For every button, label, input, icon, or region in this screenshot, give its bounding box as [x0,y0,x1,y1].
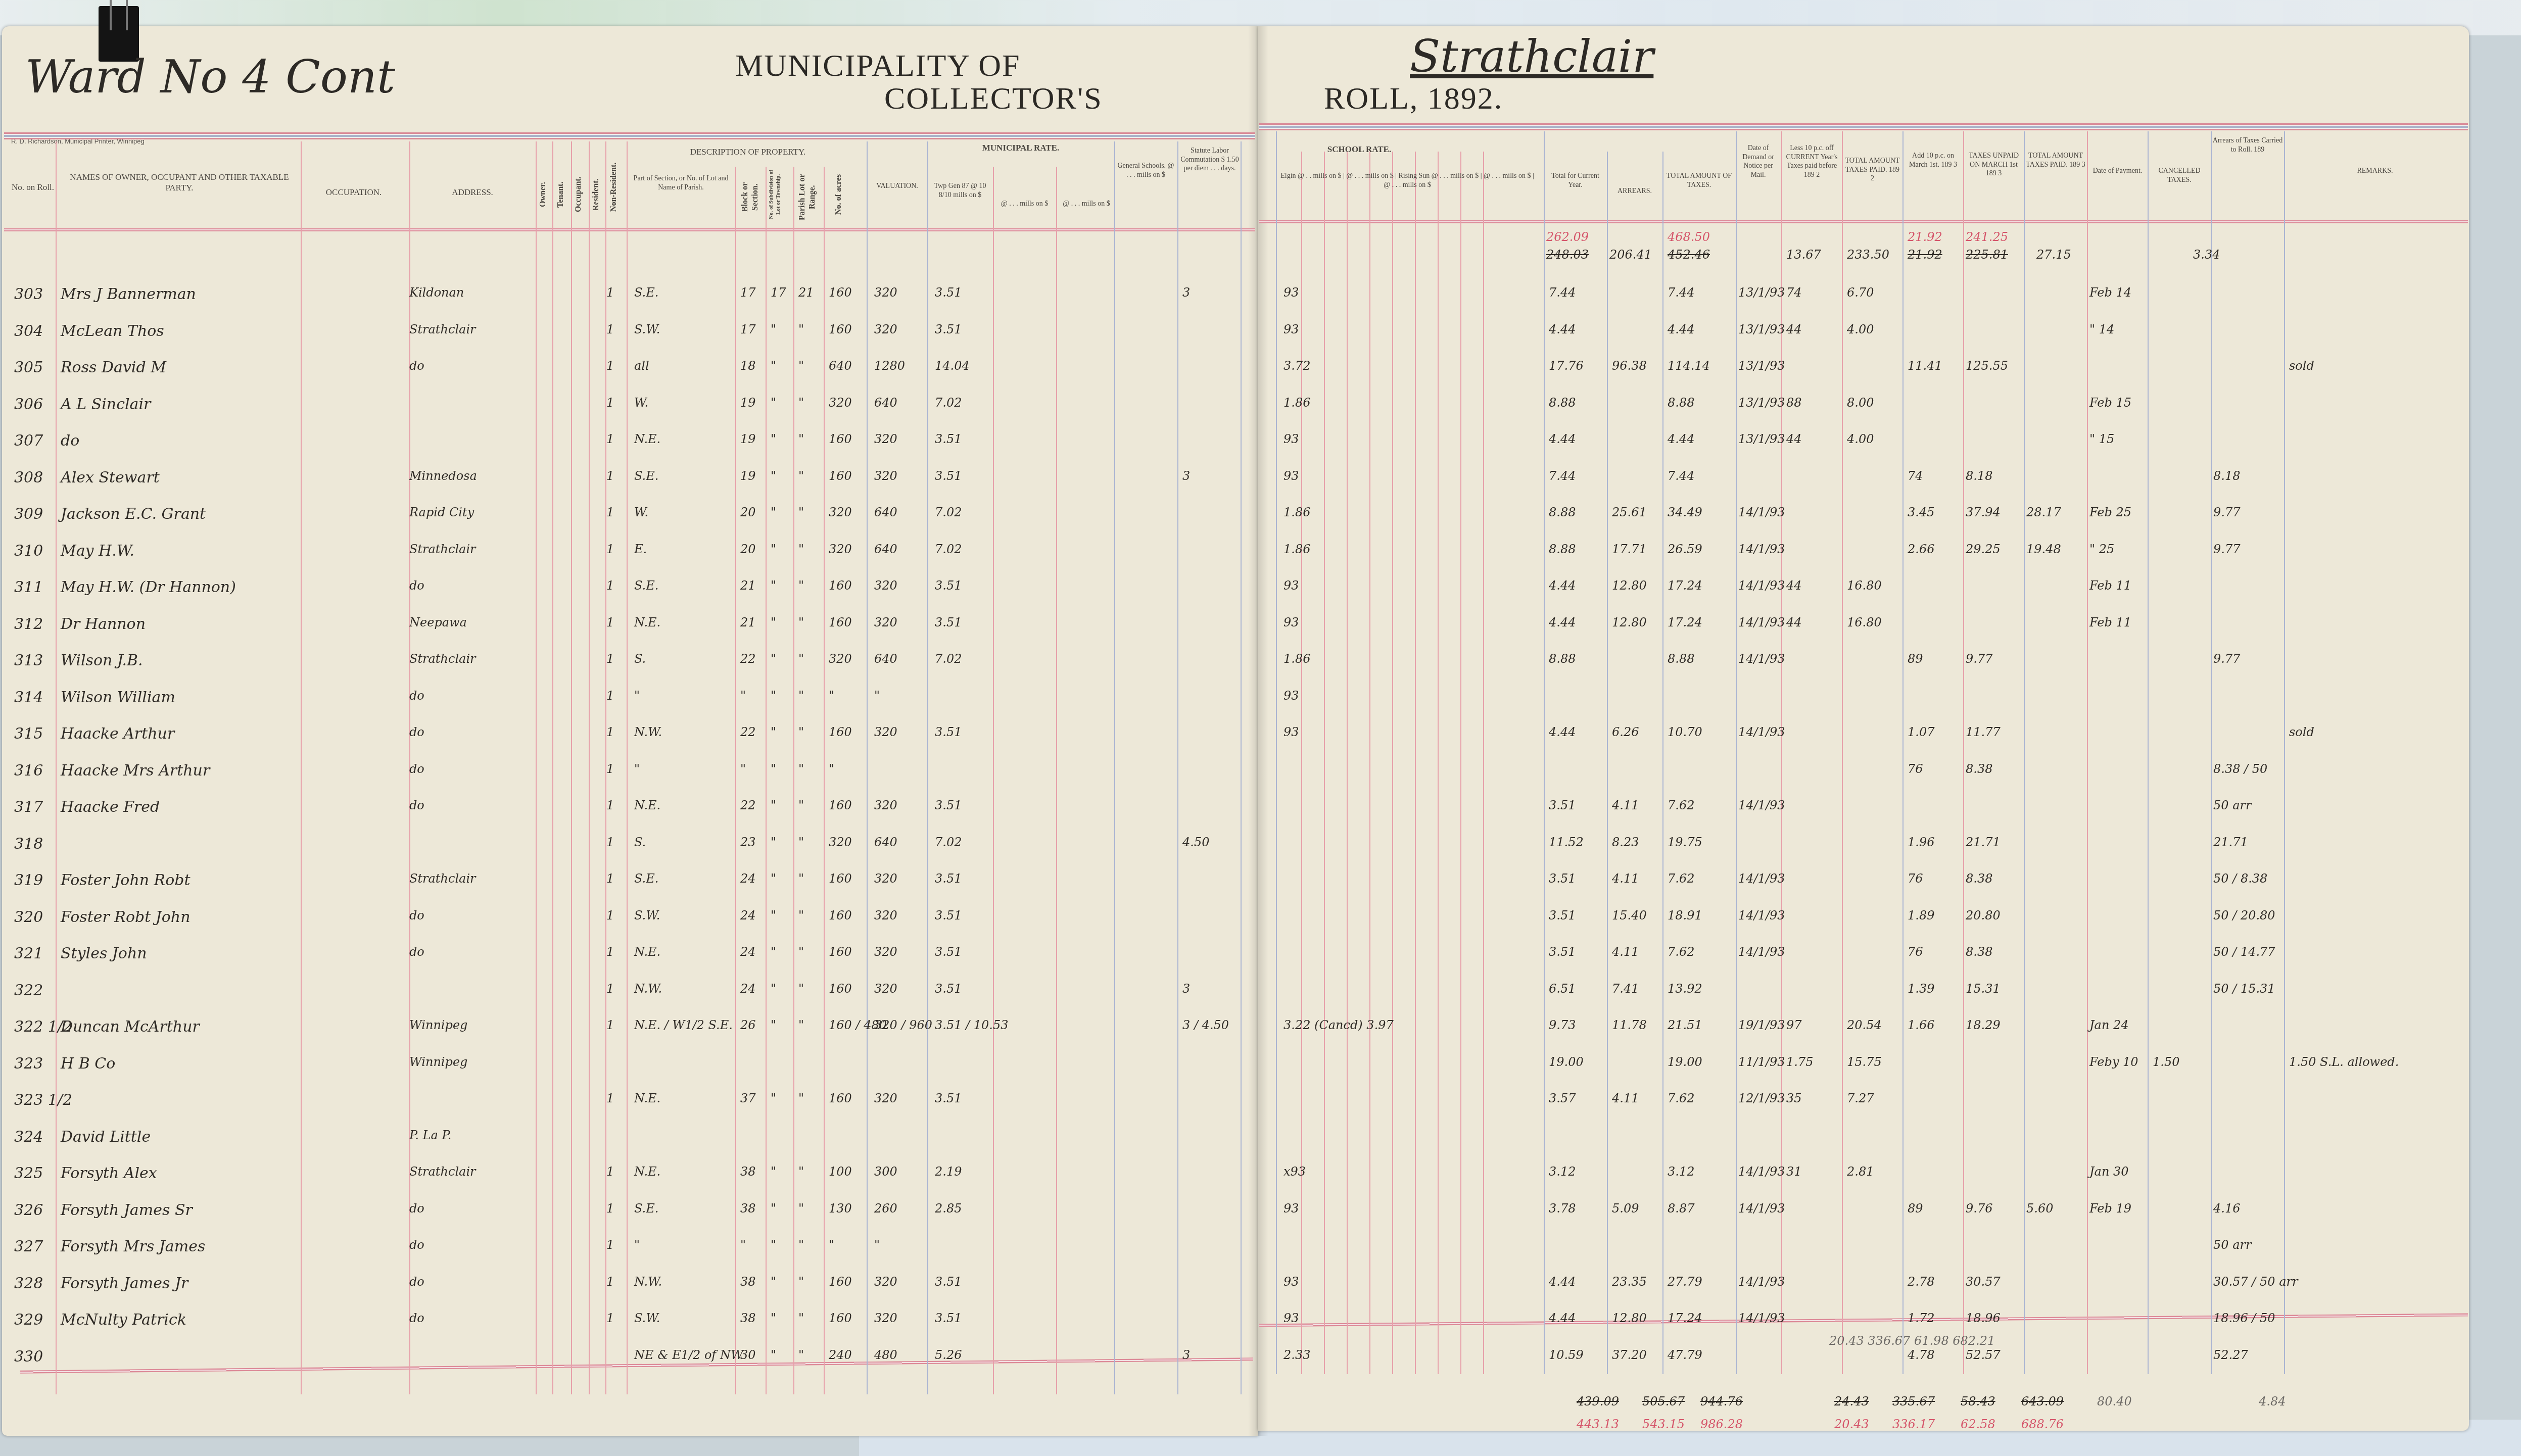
row-row-number: 326 [14,1201,43,1219]
row-total-current-year: 4.44 [1549,1311,1576,1325]
row-valuation: 320 [874,1275,897,1289]
row-address: do [409,762,424,776]
row-arrears: 15.40 [1612,908,1647,923]
row-arrears: 4.11 [1612,798,1639,812]
row-arrears: 11.78 [1612,1018,1647,1032]
row-date-of-payment: Feb 11 [2089,578,2131,593]
row-arrears: 25.61 [1612,505,1647,519]
row-part-of-section: S. [634,652,646,666]
row-acres: 640 [829,359,852,373]
row-arrears-carried: 50 / 14.77 [2213,945,2275,959]
row-date-of-demand: 14/1/93 [1738,578,1785,593]
row-acres: 160 [829,725,852,739]
row-taxes-paid: 8.00 [1847,396,1874,410]
row-taxes-paid: 4.00 [1847,322,1874,336]
row-section: " [740,1238,746,1252]
row-taxes-unpaid: 18.96 [1966,1311,2001,1325]
row-less-10pc: 44 [1786,578,1802,593]
row-date-of-payment: Feb 19 [2089,1201,2131,1216]
row-section: 17 [740,322,756,336]
row-section: 24 [740,982,756,996]
row-school-rate: 3.72 [1283,359,1310,373]
row-valuation: 320 [874,578,897,593]
col-header-occupant: Occupant. [574,167,584,222]
row-total-taxes: 26.59 [1668,542,1702,556]
row-total-current-year: 3.51 [1549,798,1576,812]
row-municipal-rate: 7.02 [935,652,962,666]
row-valuation: 300 [874,1164,897,1179]
row-township: " [771,432,776,446]
row-arrears: 96.38 [1612,359,1647,373]
row-acres: 160 [829,945,852,959]
row-date-of-demand: 13/1/93 [1738,285,1785,300]
row-arrears-carried: 18.96 / 50 [2213,1311,2275,1325]
total-less10: 24.43 [1834,1394,1869,1409]
row-total-taxes: 17.24 [1668,578,1702,593]
row-row-number: 308 [14,469,43,487]
title-collectors: COLLECTOR'S [884,81,1103,117]
header-band-top-right [1259,123,2468,130]
bf-total-taxes: 452.46 [1668,248,1710,262]
row-section: 38 [740,1164,756,1179]
row-taxes-unpaid: 15.31 [1966,982,2001,996]
row-range: " [798,982,804,996]
row-municipal-rate: 3.51 [935,871,962,886]
row-range: " [798,908,804,923]
total-current-year: 439.09 [1577,1394,1619,1409]
row-date-of-payment: Jan 24 [2089,1018,2129,1032]
row-arrears-carried: 9.77 [2213,542,2240,556]
row-total-taxes: 4.44 [1668,432,1694,446]
bf-total-current: 248.03 [1546,248,1589,262]
row-owner-mark: 1 [606,1275,614,1289]
handwritten-ward-heading: Ward No 4 Cont [25,51,395,104]
row-part-of-section: all [634,359,649,373]
row-municipal-rate: 3.51 [935,322,962,336]
row-date-of-demand: 14/1/93 [1738,1275,1785,1289]
row-municipal-rate: 2.19 [935,1164,962,1179]
row-owner-mark: 1 [606,615,614,629]
row-total-current-year: 4.44 [1549,432,1576,446]
row-valuation: 320 [874,322,897,336]
row-part-of-section: S.E. [634,469,658,483]
row-arrears: 17.71 [1612,542,1647,556]
row-township: " [771,871,776,886]
row-range: " [798,505,804,519]
row-add-10pc: 1.07 [1908,725,1934,739]
row-owner-mark: 1 [606,285,614,300]
col-header-remarks: REMARKS. [2287,167,2463,176]
row-total-taxes: 7.44 [1668,469,1694,483]
bf-total-taxes-red: 468.50 [1668,230,1710,244]
row-statute-labor: 4.50 [1182,835,1209,849]
row-municipal-rate: 3.51 / 10.53 [935,1018,1009,1032]
row-address: do [409,1201,424,1216]
row-date-of-demand: 11/1/93 [1738,1055,1785,1069]
row-valuation: 320 [874,871,897,886]
row-arrears-carried: 30.57 / 50 arr [2213,1275,2298,1289]
row-township: " [771,1348,776,1362]
col-header-total-taxes-paid-1892: TOTAL AMOUNT TAXES PAID. 189 2 [1843,157,1901,183]
row-date-of-demand: 13/1/93 [1738,396,1785,410]
row-arrears-carried: 52.27 [2213,1348,2248,1362]
row-municipal-rate: 3.51 [935,725,962,739]
row-range: " [798,432,804,446]
row-address: do [409,908,424,923]
row-total-taxes: 4.44 [1668,322,1694,336]
row-township: " [771,1311,776,1325]
row-section: 20 [740,542,756,556]
row-total-taxes: 27.79 [1668,1275,1702,1289]
row-address: Neepawa [409,615,467,629]
row-school-rate: 93 [1283,578,1299,593]
row-taxes-paid: 16.80 [1847,578,1882,593]
row-date-of-payment: " 14 [2089,322,2114,336]
row-arrears: 6.26 [1612,725,1639,739]
row-address: Strathclair [409,871,476,886]
row-municipal-rate: 3.51 [935,798,962,812]
row-owner-name: Wilson J.B. [61,652,143,669]
row-range: " [798,359,804,373]
row-owner-mark: 1 [606,396,614,410]
row-address: Minnedosa [409,469,477,483]
row-owner-mark: 1 [606,945,614,959]
bf-total-paid: 233.50 [1847,248,1889,262]
total-add10-red: 62.58 [1961,1417,1995,1431]
row-owner-name: Haacke Fred [61,798,160,816]
row-address: P. La P. [409,1128,451,1142]
row-less-10pc: 97 [1786,1018,1802,1032]
row-owner-mark: 1 [606,469,614,483]
row-taxes-unpaid: 21.71 [1966,835,2001,849]
row-row-number: 327 [14,1238,43,1255]
row-valuation: 320 [874,285,897,300]
row-date-of-demand: 14/1/93 [1738,1201,1785,1216]
total-taxes-red: 986.28 [1700,1417,1743,1431]
row-acres: 320 [829,542,852,556]
row-range: " [798,652,804,666]
row-taxes-unpaid: 52.57 [1966,1348,2001,1362]
row-valuation: 640 [874,835,897,849]
row-part-of-section: W. [634,505,648,519]
col-header-municipal-rate: MUNICIPAL RATE. [930,142,1112,153]
row-add-10pc: 76 [1908,871,1923,886]
total-arrears: 505.67 [1642,1394,1685,1409]
row-owner-name: A L Sinclair [61,396,151,413]
row-arrears: 12.80 [1612,578,1647,593]
row-taxes-unpaid: 8.38 [1966,945,1992,959]
row-township: " [771,542,776,556]
row-date-of-payment: Feb 14 [2089,285,2131,300]
row-valuation: 640 [874,542,897,556]
row-range: " [798,396,804,410]
row-add-10pc: 89 [1908,1201,1923,1216]
row-statute-labor: 3 [1182,1348,1190,1362]
row-range: " [798,1238,804,1252]
row-arrears: 4.11 [1612,1091,1639,1105]
row-total-taxes: 34.49 [1668,505,1702,519]
row-total-current-year: 3.12 [1549,1164,1576,1179]
row-taxes-paid: 16.80 [1847,615,1882,629]
row-arrears-carried: 21.71 [2213,835,2248,849]
row-owner-name: Haacke Mrs Arthur [61,762,210,780]
row-remarks: sold [2289,359,2314,373]
row-municipal-rate: 3.51 [935,285,962,300]
row-address: Strathclair [409,652,476,666]
row-statute-labor: 3 / 4.50 [1182,1018,1229,1032]
row-add-10pc: 2.66 [1908,542,1934,556]
col-header-general-schools: General Schools. @ . . . mills on $ [1117,162,1175,179]
row-acres: " [829,762,834,776]
row-range: " [798,542,804,556]
row-remarks: 1.50 S.L. allowed. [2289,1055,2399,1069]
row-acres: 320 [829,505,852,519]
row-section: 19 [740,396,756,410]
row-acres: 100 [829,1164,852,1179]
row-municipal-rate: 3.51 [935,945,962,959]
row-owner-mark: 1 [606,689,614,703]
row-row-number: 315 [14,725,43,743]
row-arrears: 4.11 [1612,871,1639,886]
row-row-number: 313 [14,652,43,669]
row-total-current-year: 3.51 [1549,945,1576,959]
row-address: do [409,689,424,703]
col-header-owner: Owner. [538,167,548,222]
row-taxes-unpaid: 11.77 [1966,725,2001,739]
row-owner-name: Alex Stewart [61,469,160,487]
row-owner-mark: 1 [606,578,614,593]
row-acres: 130 [829,1201,852,1216]
row-range: " [798,1348,804,1362]
row-section: 24 [740,908,756,923]
row-owner-mark: 1 [606,1018,614,1032]
row-date-of-demand: 19/1/93 [1738,1018,1785,1032]
row-owner-name: Duncan McArthur [61,1018,200,1036]
row-total-current-year: 4.44 [1549,322,1576,336]
row-part-of-section: N.E. / W1/2 S.E. [634,1018,733,1032]
row-acres: " [829,1238,834,1252]
row-section: 38 [740,1275,756,1289]
row-add-10pc: 1.89 [1908,908,1934,923]
row-owner-mark: 1 [606,725,614,739]
col-header-block-or-section: Block or Section. [740,172,760,222]
row-taxes-paid: 7.27 [1847,1091,1874,1105]
row-township: " [771,945,776,959]
row-total-current-year: 9.73 [1549,1018,1576,1032]
row-address: Kildonan [409,285,464,300]
col-header-municipal-rate-1: Twp Gen 87 @ 10 8/10 mills on $ [930,182,990,200]
row-arrears-carried: 50 arr [2213,1238,2251,1252]
row-taxes-unpaid: 8.38 [1966,871,1992,886]
row-school-rate: 2.33 [1283,1348,1310,1362]
row-section: 20 [740,505,756,519]
row-acres: 160 [829,432,852,446]
row-township: " [771,322,776,336]
row-arrears: 5.09 [1612,1201,1639,1216]
row-row-number: 325 [14,1164,43,1182]
row-owner-mark: 1 [606,871,614,886]
row-total-taxes: 7.44 [1668,285,1694,300]
row-add-10pc: 3.45 [1908,505,1934,519]
row-part-of-section: S. [634,835,646,849]
row-section: 18 [740,359,756,373]
row-total-current-year: 3.51 [1549,908,1576,923]
row-owner-name: Styles John [61,945,147,962]
bf-arrears: 206.41 [1609,248,1652,262]
row-municipal-rate: 3.51 [935,578,962,593]
row-arrears: 4.11 [1612,945,1639,959]
row-part-of-section: N.E. [634,798,660,812]
row-valuation: 320 / 960 [874,1018,932,1032]
row-township: " [771,1018,776,1032]
row-township: 17 [771,285,786,300]
row-total-current-year: 19.00 [1549,1055,1584,1069]
row-owner-name: Haacke Arthur [61,725,174,743]
col-header-part-of-section: Part of Section, or No. of Lot and Name … [629,174,733,192]
row-statute-labor: 3 [1182,469,1190,483]
row-section: 23 [740,835,756,849]
row-school-rate: 93 [1283,285,1299,300]
row-acres: 160 [829,908,852,923]
row-address: Rapid City [409,505,474,519]
row-range: " [798,689,804,703]
row-owner-mark: 1 [606,1164,614,1179]
row-owner-mark: 1 [606,652,614,666]
row-part-of-section: N.E. [634,615,660,629]
row-date-of-demand: 14/1/93 [1738,615,1785,629]
row-owner-mark: 1 [606,762,614,776]
row-total-taxes: 13.92 [1668,982,1702,996]
row-school-rate: 93 [1283,689,1299,703]
row-owner-name: May H.W. [61,542,134,560]
row-municipal-rate: 3.51 [935,908,962,923]
row-date-of-payment: Feb 25 [2089,505,2131,519]
row-arrears-carried: 4.16 [2213,1201,2240,1216]
row-taxes-unpaid: 29.25 [1966,542,2001,556]
row-acres: 160 [829,798,852,812]
row-township: " [771,469,776,483]
row-total-current-year: 17.76 [1549,359,1584,373]
row-valuation: 640 [874,652,897,666]
row-total-current-year: 3.57 [1549,1091,1576,1105]
row-date-of-demand: 14/1/93 [1738,505,1785,519]
row-owner-name: Forsyth James Jr [61,1275,188,1292]
row-taxes-unpaid: 37.94 [1966,505,2001,519]
row-part-of-section: S.E. [634,1201,658,1216]
row-less-10pc: 44 [1786,432,1802,446]
row-part-of-section: " [634,689,640,703]
row-acres: 160 [829,1311,852,1325]
ledger-right-page [1258,26,2469,1431]
row-date-of-demand: 14/1/93 [1738,542,1785,556]
row-school-rate: 1.86 [1283,396,1310,410]
row-owner-name: Jackson E.C. Grant [61,505,206,523]
row-municipal-rate: 3.51 [935,1311,962,1325]
row-row-number: 310 [14,542,43,560]
row-part-of-section: N.W. [634,725,662,739]
row-row-number: 307 [14,432,43,450]
row-owner-mark: 1 [606,322,614,336]
total-unpaid-red: 688.76 [2021,1417,2064,1431]
col-header-tenant: Tenant. [556,167,566,222]
row-date-of-demand: 14/1/93 [1738,908,1785,923]
row-acres: 160 [829,615,852,629]
row-acres: 160 [829,322,852,336]
row-date-of-demand: 13/1/93 [1738,322,1785,336]
row-valuation: 320 [874,469,897,483]
header-band-top-left [4,132,1255,139]
row-acres: 320 [829,396,852,410]
row-total-taxes: 7.62 [1668,798,1694,812]
row-row-number: 304 [14,322,43,340]
col-header-total-amount-taxes: TOTAL AMOUNT OF TAXES. [1665,172,1733,189]
row-part-of-section: W. [634,396,648,410]
row-valuation: 320 [874,1091,897,1105]
row-taxes-unpaid: 20.80 [1966,908,2001,923]
row-township: " [771,1091,776,1105]
row-row-number: 311 [14,578,43,596]
row-owner-mark: 1 [606,982,614,996]
row-date-of-demand: 13/1/93 [1738,432,1785,446]
row-part-of-section: N.E. [634,1091,660,1105]
row-arrears: 12.80 [1612,615,1647,629]
row-owner-name: Ross David M [61,359,166,376]
row-taxes-paid-1893: 5.60 [2026,1201,2053,1216]
row-range: " [798,1018,804,1032]
col-header-school-rate-subcols: Elgin @ . . mills on $ | @ . . . mills o… [1278,172,1536,189]
row-owner-mark: 1 [606,1091,614,1105]
row-municipal-rate: 3.51 [935,469,962,483]
row-total-current-year: 4.44 [1549,615,1576,629]
row-valuation: 320 [874,908,897,923]
col-header-arrears: ARREARS. [1609,187,1660,196]
total-unpaid: 643.09 [2021,1394,2064,1409]
row-add-10pc: 1.66 [1908,1018,1934,1032]
row-owner-mark: 1 [606,798,614,812]
row-statute-labor: 3 [1182,982,1190,996]
row-owner-name: McLean Thos [61,322,164,340]
row-township: " [771,1275,776,1289]
row-date-of-payment: Feb 11 [2089,615,2131,629]
row-valuation: 1280 [874,359,905,373]
row-total-taxes: 10.70 [1668,725,1702,739]
row-row-number: 321 [14,945,43,962]
row-arrears-carried: 8.18 [2213,469,2240,483]
col-header-add-10pc: Add 10 p.c. on March 1st. 189 3 [1904,152,1962,169]
row-valuation: 640 [874,396,897,410]
row-section: " [740,689,746,703]
bf-total-current-red: 262.09 [1546,230,1589,244]
row-acres: " [829,689,834,703]
row-less-10pc: 88 [1786,396,1802,410]
row-total-current-year: 10.59 [1549,1348,1584,1362]
row-acres: 160 [829,871,852,886]
row-part-of-section: S.W. [634,322,660,336]
row-total-current-year: 8.88 [1549,652,1576,666]
col-header-no-on-roll: No. on Roll. [10,182,56,192]
row-less-10pc: 1.75 [1786,1055,1813,1069]
row-section: 22 [740,652,756,666]
row-section: 22 [740,725,756,739]
row-cancelled-taxes: 1.50 [2153,1055,2179,1069]
row-total-taxes: 19.75 [1668,835,1702,849]
row-municipal-rate: 3.51 [935,1091,962,1105]
row-township: " [771,725,776,739]
row-part-of-section: E. [634,542,647,556]
row-municipal-rate: 5.26 [935,1348,962,1362]
row-address: do [409,1275,424,1289]
row-address: Strathclair [409,1164,476,1179]
